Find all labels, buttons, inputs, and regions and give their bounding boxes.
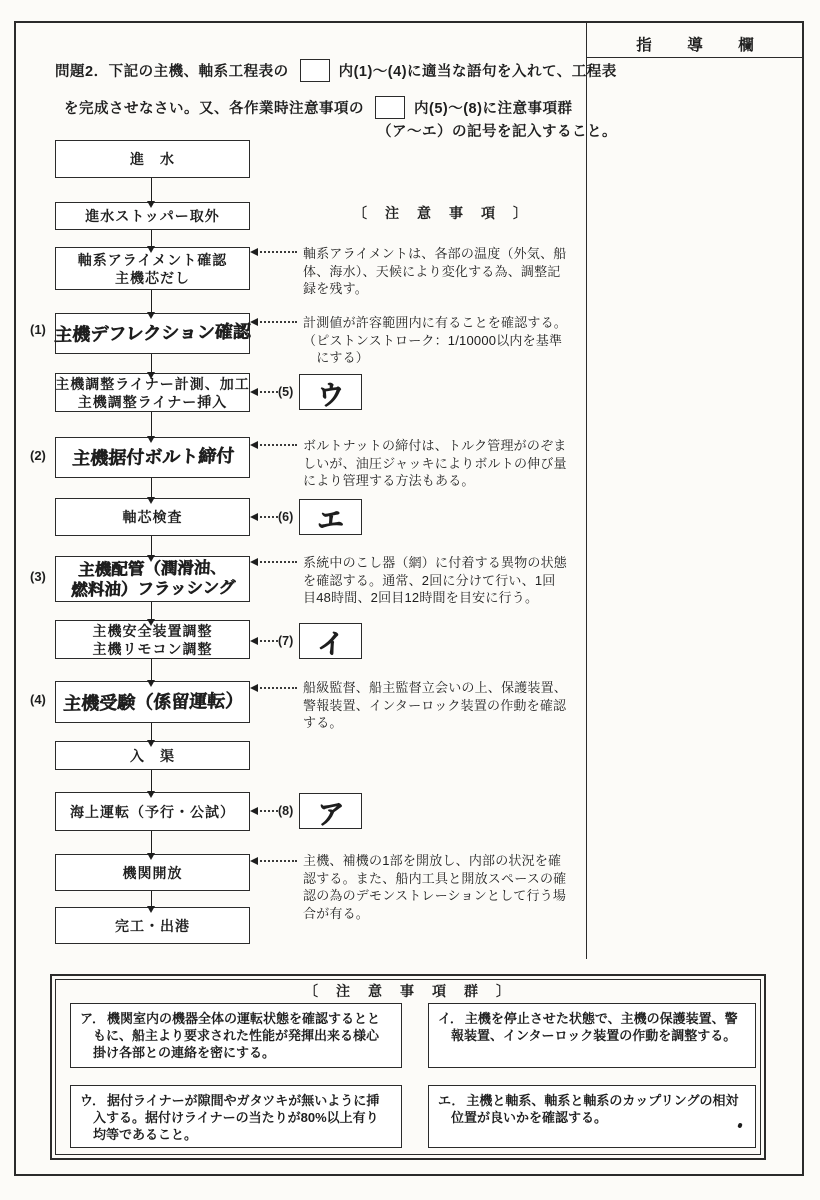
down-arrow: [151, 831, 152, 854]
problem-statement-line1: 問題2．下記の主機、軸系工程表の 内(1)～(4)に適当な語句を入れて、工程表: [55, 59, 617, 82]
note-line: 目48時間、2回目12時間を目安に行う。: [303, 589, 585, 607]
note-line: しいが、油圧ジャッキによりボルトの伸び量: [303, 455, 585, 473]
down-arrow: [151, 354, 152, 373]
flow-step-answer-1-handwritten: 主機デフレクション確認: [55, 313, 250, 354]
flow-step-answer-2-handwritten: 主機据付ボルト締付: [55, 437, 250, 478]
flow-step-launch: 進 水: [55, 140, 250, 178]
notes-section-header: 〔 注 意 事 項 〕: [300, 203, 582, 223]
note-engine-opening: 主機、補機の1部を開放し、内部の状況を確 認する。また、船内工具と開放スペースの…: [303, 852, 585, 922]
down-arrow: [151, 290, 152, 313]
note-group-item-a: ア．機関室内の機器全体の運転状態を確認するとと もに、船主より要求された性能が発…: [70, 1003, 402, 1068]
note-leader-arrow: [253, 321, 297, 323]
note-line: 計測値が許容範囲内に有ることを確認する。: [303, 314, 585, 332]
handwritten-answer-text: 主機受験（係留運転）: [62, 690, 243, 714]
handwritten-answer-letter: イ: [316, 620, 344, 661]
blank-box-legend: [300, 59, 330, 82]
note-leader-arrow: [253, 561, 297, 563]
note-measurement: 計測値が許容範囲内に有ることを確認する。 （ピストンストローク：1/10000以…: [303, 314, 585, 367]
blank-number-label: (2): [30, 448, 54, 463]
blank-number-label: (1): [30, 322, 54, 337]
handwritten-answer-text: 主機据付ボルト締付: [71, 446, 234, 470]
blank-box-legend: [375, 96, 405, 119]
down-arrow: [151, 478, 152, 498]
note-group-key: イ．: [438, 1011, 463, 1026]
note-group-key: ウ．: [80, 1093, 105, 1108]
answer-number-label: (8): [278, 804, 300, 818]
note-line: 主機、補機の1部を開放し、内部の状況を確: [303, 852, 585, 870]
problem-text: （ア～エ）の記号を記入すること。: [377, 120, 617, 141]
flow-step-label: 主機調整ライナー挿入: [78, 393, 228, 411]
down-arrow: [151, 536, 152, 556]
flow-step-answer-4-handwritten: 主機受験（係留運転）: [55, 681, 250, 723]
note-group-line: 機関室内の機器全体の運転状態を確認するとと: [107, 1011, 380, 1026]
answer-number-label: (5): [278, 385, 300, 399]
handwritten-answer-letter: ウ: [316, 371, 344, 412]
note-line: 軸系アライメントは、各部の温度（外気、船: [303, 245, 585, 263]
problem-statement-line2: を完成させなさい。又、各作業時注意事項の 内(5)～(8)に注意事項群: [64, 96, 572, 119]
note-leader-arrow: [253, 860, 297, 862]
answer-leader-arrow: [253, 810, 278, 812]
note-group-line: 主機と軸系、軸系と軸系のカップリングの相対: [466, 1093, 738, 1108]
note-group-key: ア．: [80, 1011, 105, 1026]
flow-step-label: 主機リモコン調整: [93, 640, 213, 658]
note-group-line: 報装置、インターロック装置の作動を調整する。: [438, 1027, 746, 1044]
problem-text: 内(5)～(8)に注意事項群: [414, 97, 572, 118]
note-group-line: 据付ライナーが隙間やガタツキが無いように挿: [107, 1093, 379, 1108]
note-leader-arrow: [253, 251, 297, 253]
note-bolt-tightening: ボルトナットの締付は、トルク管理がのぞま しいが、油圧ジャッキによりボルトの伸び…: [303, 437, 585, 490]
problem-statement-line3: （ア～エ）の記号を記入すること。: [377, 120, 617, 141]
down-arrow: [151, 230, 152, 247]
answer-number-label: (6): [278, 510, 300, 524]
note-leader-arrow: [253, 687, 297, 689]
down-arrow: [151, 659, 152, 681]
problem-text: 問題2．下記の主機、軸系工程表の: [55, 60, 289, 81]
note-alignment: 軸系アライメントは、各部の温度（外気、船 体、海水）、天候により変化する為、調整…: [303, 245, 585, 298]
scanned-exam-sheet: 指 導 欄 問題2．下記の主機、軸系工程表の 内(1)～(4)に適当な語句を入れ…: [0, 0, 820, 1200]
flow-step-label: 主機芯だし: [115, 269, 190, 287]
answer-box-6: エ: [299, 499, 362, 535]
note-leader-arrow: [253, 444, 297, 446]
flow-step-label: 完工・出港: [115, 917, 190, 935]
flow-step-alignment-check: 軸系アライメント確認 主機芯だし: [55, 247, 250, 290]
note-line: 体、海水）、天候により変化する為、調整記: [303, 263, 585, 281]
note-line: を確認する。通常、2回に分けて行い、1回: [303, 572, 585, 590]
guidance-column-divider: [586, 23, 587, 959]
flow-step-label: 海上運転（予行・公試）: [70, 803, 235, 821]
handwritten-answer-text: 主機デフレクション確認: [54, 321, 252, 345]
flow-step-answer-3-handwritten: 主機配管（潤滑油、 燃料油）フラッシング: [55, 556, 250, 602]
down-arrow: [151, 412, 152, 437]
flow-step-label: 入 渠: [130, 747, 175, 765]
note-line: する。: [303, 714, 585, 732]
handwritten-answer-letter: ア: [316, 790, 344, 831]
down-arrow: [151, 723, 152, 741]
notes-group-header: 〔 注 意 事 項 群 〕: [50, 981, 766, 1001]
note-group-line: 均等であること。: [80, 1126, 392, 1143]
handwritten-answer-letter: エ: [316, 496, 344, 537]
flow-step-label: 機関開放: [123, 864, 183, 882]
note-group-line: 位置が良いかを確認する。: [438, 1109, 746, 1126]
note-group-key: エ．: [438, 1093, 464, 1108]
note-line: 船級監督、船主監督立会いの上、保護装置、: [303, 679, 585, 697]
answer-box-8: ア: [299, 793, 362, 829]
note-group-item-e: エ．主機と軸系、軸系と軸系のカップリングの相対 位置が良いかを確認する。: [428, 1085, 756, 1148]
note-line: 認の為のデモンストレーションとして行う場: [303, 887, 585, 905]
problem-text: を完成させなさい。又、各作業時注意事項の: [64, 97, 364, 118]
answer-box-5: ウ: [299, 374, 362, 410]
answer-leader-arrow: [253, 640, 278, 642]
down-arrow: [151, 178, 152, 202]
note-group-line: 掛け各部との連絡を密にする。: [80, 1044, 392, 1061]
note-line: 認する。また、船内工具と開放スペースの確: [303, 870, 585, 888]
note-line: 系統中のこし器（網）に付着する異物の状態: [303, 554, 585, 572]
note-line: 録を残す。: [303, 280, 585, 298]
guidance-title-underline: [587, 57, 803, 58]
note-group-item-u: ウ．据付ライナーが隙間やガタツキが無いように挿 入する。据付けライナーの当たりが…: [70, 1085, 402, 1148]
note-line: 警報装置、インターロック装置の作動を確認: [303, 697, 585, 715]
blank-number-label: (4): [30, 692, 54, 707]
down-arrow: [151, 770, 152, 792]
note-supervisor-witness: 船級監督、船主監督立会いの上、保護装置、 警報装置、インターロック装置の作動を確…: [303, 679, 585, 732]
handwritten-answer-text: 燃料油）フラッシング: [70, 578, 235, 601]
note-group-line: 入する。据付けライナーの当たりが80%以上有り: [80, 1109, 392, 1126]
note-line: 合が有る。: [303, 905, 585, 923]
note-group-line: 主機を停止させた状態で、主機の保護装置、警: [465, 1011, 738, 1026]
answer-leader-arrow: [253, 391, 278, 393]
flow-step-label: 進 水: [130, 150, 175, 168]
note-strainer-flushing: 系統中のこし器（網）に付着する異物の状態 を確認する。通常、2回に分けて行い、1…: [303, 554, 585, 607]
note-line: により管理する方法もある。: [303, 472, 585, 490]
answer-box-7: イ: [299, 623, 362, 659]
down-arrow: [151, 891, 152, 907]
note-line: にする）: [303, 349, 585, 367]
answer-leader-arrow: [253, 516, 278, 518]
flow-step-label: 軸芯検査: [123, 508, 183, 526]
flow-step-label: 進水ストッパー取外: [85, 207, 220, 225]
guidance-column-title: 指 導 欄: [587, 33, 803, 55]
flow-step-label: 軸系アライメント確認: [78, 251, 227, 269]
note-line: ボルトナットの締付は、トルク管理がのぞま: [303, 437, 585, 455]
down-arrow: [151, 602, 152, 620]
blank-number-label: (3): [30, 569, 54, 584]
problem-text: 内(1)～(4)に適当な語句を入れて、工程表: [339, 60, 617, 81]
note-line: （ピストンストローク：1/10000以内を基準: [303, 332, 585, 350]
note-group-line: もに、船主より要求された性能が発揮出来る様心: [80, 1027, 392, 1044]
note-group-item-i: イ．主機を停止させた状態で、主機の保護装置、警 報装置、インターロック装置の作動…: [428, 1003, 756, 1068]
answer-number-label: (7): [278, 634, 300, 648]
